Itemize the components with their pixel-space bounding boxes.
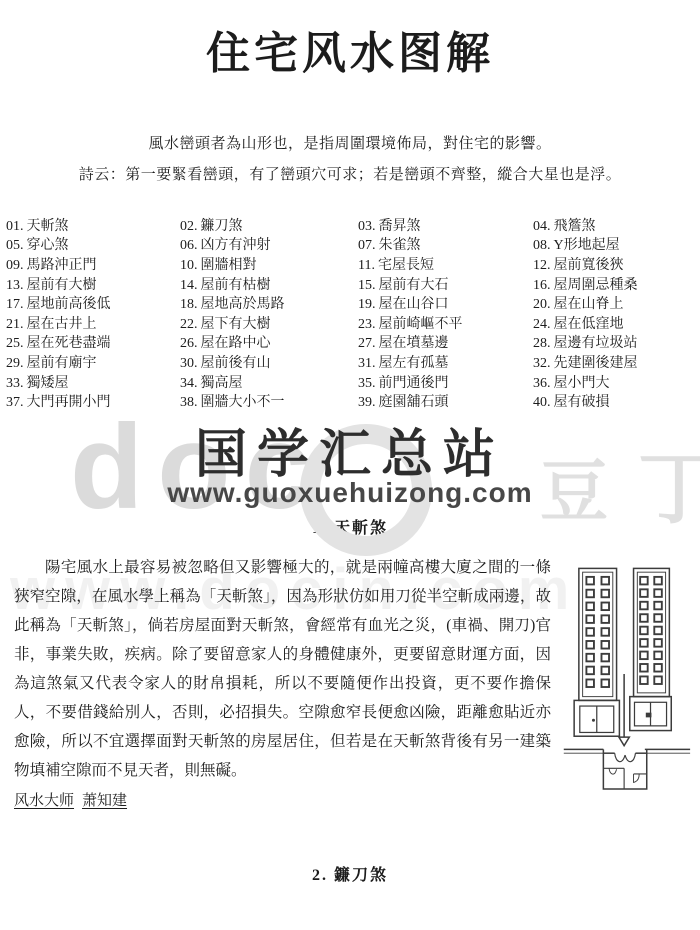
toc-item: 17.屋地前高後低 (6, 295, 180, 315)
toc-item-number: 25. (6, 336, 24, 351)
toc-item: 02.鐮刀煞 (180, 217, 358, 237)
toc-item-number: 08. (533, 238, 551, 253)
toc-item: 06.凶方有沖射 (180, 236, 358, 256)
toc-item: 20.屋在山脊上 (533, 295, 700, 315)
author-credit: 风水大师萧知建 (0, 789, 700, 810)
toc-item-label: 屋在路中心 (201, 336, 271, 351)
toc-item-label: 屋前有枯樹 (201, 278, 271, 293)
toc-item-number: 18. (180, 297, 198, 312)
toc-item: 36.屋小門大 (533, 374, 700, 394)
toc-item: 25.屋在死巷盡端 (6, 334, 180, 354)
toc-item: 23.屋前崎嶇不平 (358, 315, 533, 335)
tian-zhan-sha-diagram (560, 555, 692, 793)
toc-item-label: 天斬煞 (27, 219, 69, 234)
intro-line-1: 風水巒頭者為山形也，是指周圍環境佈局，對住宅的影響。 (0, 129, 700, 160)
toc-item-number: 17. (6, 297, 24, 312)
toc-item-number: 40. (533, 395, 551, 410)
toc-item: 14.屋前有枯樹 (180, 276, 358, 296)
toc-item-label: 屋在山谷口 (379, 297, 449, 312)
toc-item: 33.獨矮屋 (6, 374, 180, 394)
toc-item: 15.屋前有大石 (358, 276, 533, 296)
document-page: 住宅风水图解 風水巒頭者為山形也，是指周圍環境佈局，對住宅的影響。 詩云：第一要… (0, 0, 700, 930)
toc-item-label: 朱雀煞 (379, 238, 421, 253)
toc-item-number: 24. (533, 317, 551, 332)
toc-item-number: 09. (6, 258, 24, 273)
toc-item-label: 穿心煞 (27, 238, 69, 253)
toc-item-number: 10. (180, 258, 198, 273)
page-title: 住宅风水图解 (0, 0, 700, 81)
toc-item: 32.先建圍後建屋 (533, 354, 700, 374)
toc-item-number: 14. (180, 278, 198, 293)
watermark-spacer (0, 413, 700, 515)
toc-item: 19.屋在山谷口 (358, 295, 533, 315)
toc-item-number: 19. (358, 297, 376, 312)
toc-item-number: 21. (6, 317, 24, 332)
toc-item-label: 先建圍後建屋 (554, 356, 638, 371)
toc-item-label: 屋在山脊上 (554, 297, 624, 312)
author-name: 萧知建 (82, 793, 127, 809)
toc-item-label: 屋左有孤墓 (379, 356, 449, 371)
toc-item-label: 宅屋長短 (378, 258, 434, 273)
toc-item-label: 大門再開小門 (27, 395, 111, 410)
toc-item-label: 屋有破損 (554, 395, 610, 410)
toc-item-number: 23. (358, 317, 376, 332)
toc-item: 21.屋在古井上 (6, 315, 180, 335)
toc-item-number: 36. (533, 376, 551, 391)
toc-item: 31.屋左有孤墓 (358, 354, 533, 374)
toc-item-label: 圍牆相對 (201, 258, 257, 273)
toc-item-label: 屋在死巷盡端 (27, 336, 111, 351)
toc-item-number: 22. (180, 317, 198, 332)
toc-item: 08.Y形地起屋 (533, 236, 700, 256)
toc-item-number: 04. (533, 219, 551, 234)
toc-item-label: 屋前有大樹 (27, 278, 97, 293)
toc-list: 01.天斬煞 02.鐮刀煞 03.喬昇煞 04.飛簷煞 05.穿心煞 06.凶方… (0, 217, 700, 413)
toc-item-number: 32. (533, 356, 551, 371)
section-2-heading: 2. 鐮刀煞 (0, 862, 700, 885)
toc-item: 03.喬昇煞 (358, 217, 533, 237)
toc-item-label: 屋小門大 (554, 376, 610, 391)
toc-item-label: 圍牆大小不一 (201, 395, 285, 410)
toc-item: 34.獨高屋 (180, 374, 358, 394)
toc-item: 40.屋有破損 (533, 393, 700, 413)
toc-item: 28.屋邊有垃圾站 (533, 334, 700, 354)
intro-verse: 風水巒頭者為山形也，是指周圍環境佈局，對住宅的影響。 詩云：第一要緊看巒頭，有了… (0, 129, 700, 191)
toc-item: 24.屋在低窪地 (533, 315, 700, 335)
toc-item-number: 16. (533, 278, 551, 293)
toc-item-number: 11. (358, 258, 375, 273)
toc-item-label: 屋邊有垃圾站 (554, 336, 638, 351)
toc-item-label: 凶方有沖射 (201, 238, 271, 253)
toc-item-label: 屋前寬後狹 (554, 258, 624, 273)
toc-item: 09.馬路沖正門 (6, 256, 180, 276)
toc-item: 07.朱雀煞 (358, 236, 533, 256)
toc-item: 11.宅屋長短 (358, 256, 533, 276)
toc-item: 04.飛簷煞 (533, 217, 700, 237)
toc-item-label: 屋周圍忌種桑 (554, 278, 638, 293)
toc-item-number: 33. (6, 376, 24, 391)
toc-item: 05.穿心煞 (6, 236, 180, 256)
toc-item-label: 屋前有大石 (379, 278, 449, 293)
toc-item-label: 庭園舖石頭 (379, 395, 449, 410)
toc-item-number: 20. (533, 297, 551, 312)
toc-item-number: 12. (533, 258, 551, 273)
toc-item-label: 屋下有大樹 (201, 317, 271, 332)
toc-item-number: 39. (358, 395, 376, 410)
toc-item: 37.大門再開小門 (6, 393, 180, 413)
toc-item-label: 屋前有廟宇 (27, 356, 97, 371)
toc-item-number: 06. (180, 238, 198, 253)
toc-item-number: 28. (533, 336, 551, 351)
toc-item: 18.屋地高於馬路 (180, 295, 358, 315)
section-1-heading: 1. 天斬煞 (0, 515, 700, 538)
toc-item-number: 30. (180, 356, 198, 371)
toc-item-label: 屋地前高後低 (27, 297, 111, 312)
toc-item: 30.屋前後有山 (180, 354, 358, 374)
toc-item: 13.屋前有大樹 (6, 276, 180, 296)
toc-item-label: 屋在古井上 (27, 317, 97, 332)
toc-item-label: 屋在墳墓邊 (379, 336, 449, 351)
toc-item-label: 獨矮屋 (27, 376, 69, 391)
toc-item-label: 飛簷煞 (554, 219, 596, 234)
toc-item-number: 35. (358, 376, 376, 391)
toc-item-label: 馬路沖正門 (27, 258, 97, 273)
toc-item: 01.天斬煞 (6, 217, 180, 237)
toc-item: 27.屋在墳墓邊 (358, 334, 533, 354)
toc-item-number: 38. (180, 395, 198, 410)
author-title: 风水大师 (14, 793, 74, 809)
toc-item: 35.前門通後門 (358, 374, 533, 394)
toc-item-number: 13. (6, 278, 24, 293)
toc-item-number: 34. (180, 376, 198, 391)
toc-item-label: 前門通後門 (379, 376, 449, 391)
toc-item-number: 26. (180, 336, 198, 351)
toc-item-number: 31. (358, 356, 376, 371)
toc-item-label: 屋前崎嶇不平 (379, 317, 463, 332)
toc-item-label: 屋地高於馬路 (201, 297, 285, 312)
toc-item-label: 屋前後有山 (201, 356, 271, 371)
toc-item-number: 29. (6, 356, 24, 371)
toc-item-label: Y形地起屋 (554, 238, 620, 253)
toc-item: 12.屋前寬後狹 (533, 256, 700, 276)
toc-item: 22.屋下有大樹 (180, 315, 358, 335)
toc-item: 16.屋周圍忌種桑 (533, 276, 700, 296)
toc-item-number: 37. (6, 395, 24, 410)
toc-item: 26.屋在路中心 (180, 334, 358, 354)
toc-item-number: 05. (6, 238, 24, 253)
section-1-body: 陽宅風水上最容易被忽略但又影響極大的，就是兩幢高樓大廈之間的一條狹窄空隙，在風水… (0, 553, 700, 785)
intro-line-2: 詩云：第一要緊看巒頭，有了巒頭穴可求；若是巒頭不齊整，縱合大星也是浮。 (0, 160, 700, 191)
toc-item-number: 07. (358, 238, 376, 253)
toc-item-number: 15. (358, 278, 376, 293)
toc-item-number: 27. (358, 336, 376, 351)
toc-item: 10.圍牆相對 (180, 256, 358, 276)
toc-item-number: 02. (180, 219, 198, 234)
toc-item-label: 屋在低窪地 (554, 317, 624, 332)
toc-item: 38.圍牆大小不一 (180, 393, 358, 413)
toc-item-label: 獨高屋 (201, 376, 243, 391)
toc-item-label: 喬昇煞 (379, 219, 421, 234)
toc-item: 29.屋前有廟宇 (6, 354, 180, 374)
toc-item-number: 01. (6, 219, 24, 234)
toc-item: 39.庭園舖石頭 (358, 393, 533, 413)
toc-item-number: 03. (358, 219, 376, 234)
toc-item-label: 鐮刀煞 (201, 219, 243, 234)
